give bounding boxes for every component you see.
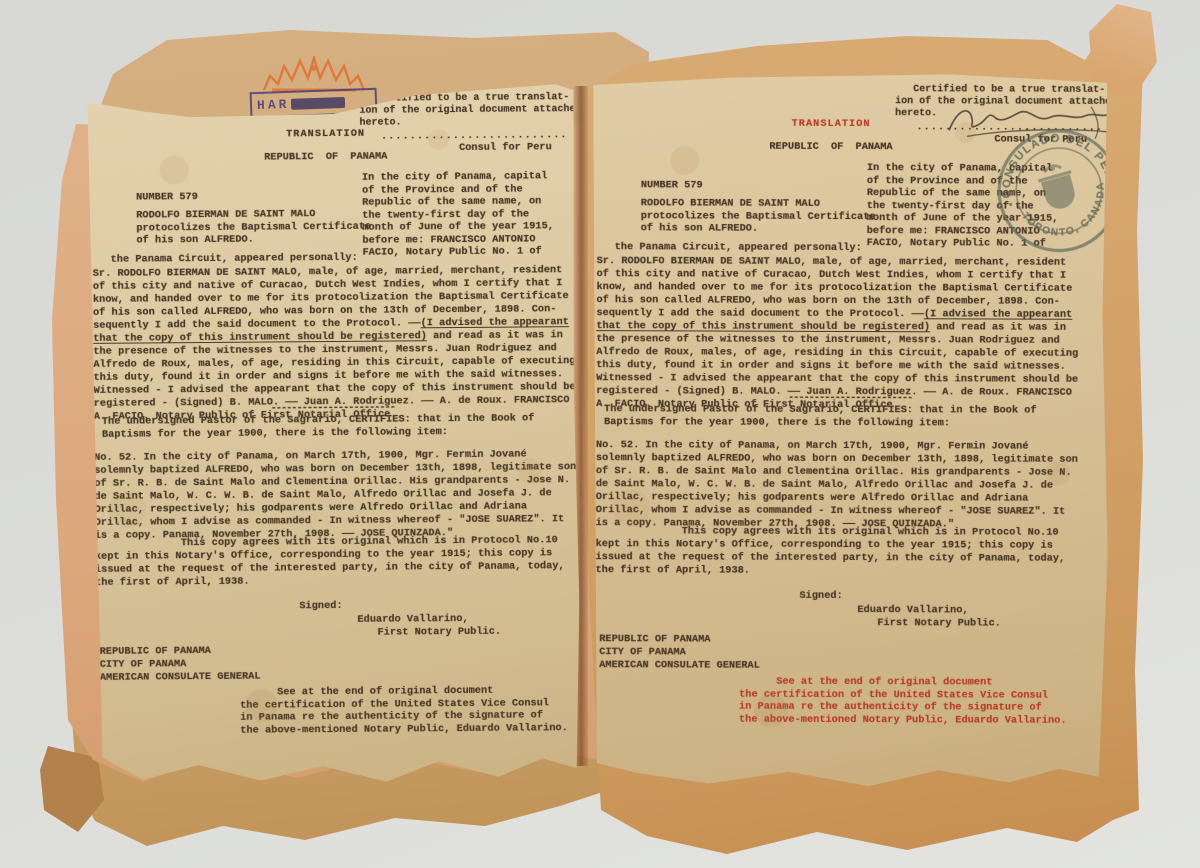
translation-page-right: Certified to be a true translat- ion of … <box>589 73 1112 799</box>
consulate-block: REPUBLIC OF PANAMA CITY OF PANAMA AMERIC… <box>100 645 261 685</box>
torn-corner-flap <box>1087 2 1159 94</box>
document-number: NUMBER 579 <box>641 179 703 192</box>
signer-name: Eduardo Vallarino, <box>857 604 968 617</box>
republic-of-panama-heading: REPUBLIC OF PANAMA <box>196 150 456 165</box>
signer-title: First Notary Public. <box>377 626 501 640</box>
closing-paragraph: This copy agrees with its original which… <box>95 534 575 590</box>
signed-label: Signed: <box>299 600 342 613</box>
vice-consul-note: See at the end of original document the … <box>240 684 568 737</box>
stamp-partial-text: HAR <box>257 96 290 112</box>
baptism-item-paragraph: No. 52. In the city of Panama, on March … <box>94 448 579 543</box>
obscured-stamp-letters <box>291 96 345 109</box>
photo-of-documents: HAR Certified to be a true translat- ion… <box>0 0 1200 868</box>
translation-page-left: Certified to be a true translat- ion of … <box>85 82 581 792</box>
consulate-block: REPUBLIC OF PANAMA CITY OF PANAMA AMERIC… <box>599 633 760 673</box>
peru-coat-of-arms <box>1035 161 1080 213</box>
translation-heading: TRANSLATION <box>711 118 951 132</box>
signer-name: Eduardo Vallarino, <box>357 613 468 627</box>
crest-ornament-icon <box>248 56 380 92</box>
protocol-caption: RODOLFO BIERMAN DE SAINT MALO protocoliz… <box>136 208 386 247</box>
republic-of-panama-heading: REPUBLIC OF PANAMA <box>701 140 961 154</box>
closing-paragraph: This copy agrees with its original which… <box>596 525 1076 579</box>
baptism-item-paragraph: No. 52. In the city of Panama, on March … <box>596 439 1080 532</box>
notary-intro: In the city of Panama, capital of the Pr… <box>362 170 577 259</box>
appeared-line: the Panama Circuit, appeared personally: <box>615 241 862 255</box>
appeared-line: the Panama Circuit, appeared personally: <box>111 252 358 267</box>
signed-label: Signed: <box>799 590 842 603</box>
signer-title: First Notary Public. <box>877 617 1001 630</box>
protocol-caption: RODOLFO BIERMAN DE SAINT MALO protocoliz… <box>641 197 891 235</box>
pastor-certification: The undersigned Pastor of the Sagrario, … <box>102 412 576 442</box>
document-number: NUMBER 579 <box>136 191 198 204</box>
translation-heading: TRANSLATION <box>206 127 446 142</box>
notarial-paragraph: Sr. RODOLFO BIERMAN DE SAINT MALO, male,… <box>596 255 1081 413</box>
consul-for-peru-label: Consul for Peru <box>459 141 552 155</box>
pastor-certification: The undersigned Pastor of the Sagrario, … <box>604 403 1078 431</box>
vice-consul-note: See at the end of original document the … <box>739 676 1067 727</box>
